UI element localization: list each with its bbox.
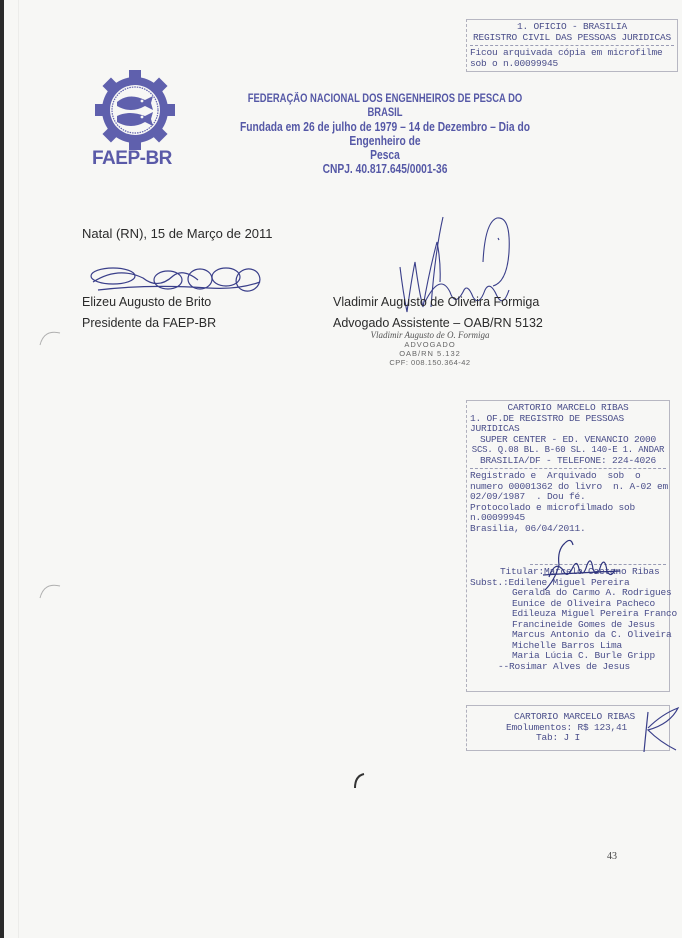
signatory-name-president: Elizeu Augusto de Brito xyxy=(82,295,211,309)
stamp-line: BRASILIA/DF - TELEFONE: 224-4026 xyxy=(470,456,666,467)
dash-mark: -- xyxy=(498,661,509,672)
signatory-role-president: Presidente da FAEP-BR xyxy=(82,316,216,330)
scan-edge xyxy=(0,0,4,938)
subst-label: Subst.: xyxy=(470,577,509,588)
lawyer-stamp-name: Vladimir Augusto de O. Formiga xyxy=(360,331,500,340)
registry-stamp-top: 1. OFICIO - BRASILIA REGISTRO CIVIL DAS … xyxy=(466,19,678,72)
stamp-divider xyxy=(470,45,674,46)
logo-wordmark: FAEP-BR xyxy=(92,148,172,170)
stamp-line: SCS. Q.08 BL. B-60 SL. 140-E 1. ANDAR xyxy=(470,445,666,456)
signature-fees xyxy=(640,706,682,756)
stamp-divider xyxy=(470,468,666,469)
stray-ink-mark xyxy=(352,770,368,790)
binder-hole-mark xyxy=(36,325,66,350)
letterhead-cnpj: CNPJ. 40.817.645/0001-36 xyxy=(229,162,541,176)
faep-gear-logo-icon xyxy=(95,70,175,150)
letterhead-subtitle-cont: Pesca xyxy=(229,148,541,162)
subst-name-last: --Rosimar Alves de Jesus xyxy=(470,662,666,673)
stamp-line: REGISTRO CIVIL DAS PESSOAS JURIDICAS xyxy=(470,33,674,44)
binder-hole-mark xyxy=(36,578,66,603)
stamp-line: 02/09/1987 . Dou fé. xyxy=(470,492,666,503)
stamp-line: Registrado e Arquivado sob o xyxy=(470,471,666,482)
scan-fold-line xyxy=(18,0,19,938)
stamp-line: n.00099945 xyxy=(470,513,666,524)
page-number: 43 xyxy=(607,851,617,862)
stamp-line: Ficou arquivada cópia em microfilme xyxy=(470,48,674,59)
stamp-line: CARTORIO MARCELO RIBAS xyxy=(470,403,666,414)
stamp-line: 1. OFICIO - BRASILIA xyxy=(470,22,674,33)
place-date: Natal (RN), 15 de Março de 2011 xyxy=(82,226,273,241)
stamp-line: JURIDICAS xyxy=(470,424,666,435)
stamp-line: sob o n.00099945 xyxy=(470,59,674,70)
stamp-line: SUPER CENTER - ED. VENANCIO 2000 xyxy=(470,435,666,446)
letterhead-subtitle: Fundada em 26 de julho de 1979 – 14 de D… xyxy=(229,120,541,148)
letterhead: FEDERAÇÃO NACIONAL DOS ENGENHEIROS DE PE… xyxy=(229,92,541,176)
subst-name: Marcus Antonio da C. Oliveira xyxy=(470,630,666,641)
letterhead-title: FEDERAÇÃO NACIONAL DOS ENGENHEIROS DE PE… xyxy=(229,92,541,120)
lawyer-stamp-oab: OAB/RN 5.132 xyxy=(360,349,500,358)
stamp-line: CARTORIO MARCELO RIBAS xyxy=(470,712,666,723)
lawyer-stamp-cpf: CPF: 008.150.364-42 xyxy=(360,358,500,367)
signatory-name-lawyer: Vladimir Augusto de Oliveira Formiga xyxy=(333,295,539,309)
lawyer-stamp: Vladimir Augusto de O. Formiga ADVOGADO … xyxy=(360,331,500,367)
stamp-line: Brasilia, 06/04/2011. xyxy=(470,524,666,535)
signatory-role-lawyer: Advogado Assistente – OAB/RN 5132 xyxy=(333,316,543,330)
signature-notary xyxy=(535,535,625,595)
stamp-line: Tab: J I xyxy=(470,733,666,744)
lawyer-stamp-title: ADVOGADO xyxy=(360,340,500,349)
subst-name: Edileuza Miguel Pereira Franco xyxy=(470,609,666,620)
subst-name: Rosimar Alves de Jesus xyxy=(509,661,630,672)
